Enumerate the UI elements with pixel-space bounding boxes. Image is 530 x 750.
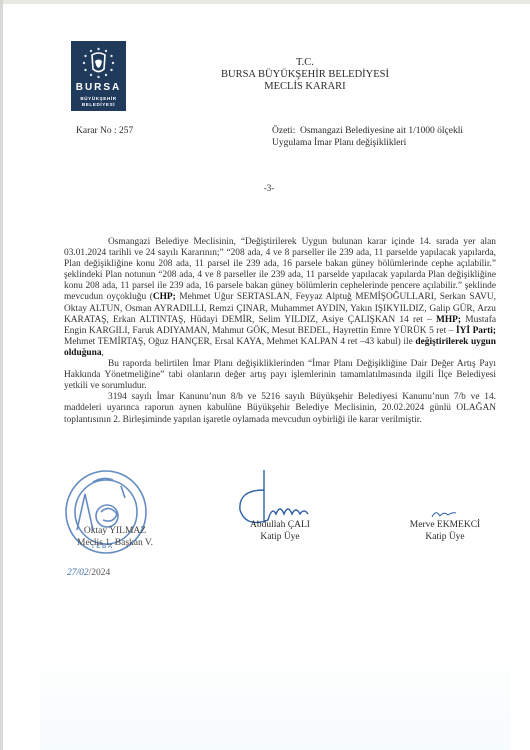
paragraph-responsibility: Bu raporda belirtilen İmar Planı değişik… <box>64 359 496 392</box>
paragraph-decision: Osmangazi Belediye Meclisinin, “Değiştir… <box>64 237 496 359</box>
decision-body: Osmangazi Belediye Meclisinin, “Değiştir… <box>64 237 496 426</box>
header-tc: T.C. <box>40 57 530 69</box>
header-document-type: MECLİS KARARI <box>40 81 530 93</box>
document-header: T.C. BURSA BÜYÜKŞEHİR BELEDİYESİ MECLİS … <box>0 57 530 93</box>
summary-line2: Uygulama İmar Planı değişiklikleri <box>272 137 512 149</box>
summary: Özeti: Osmangazi Belediyesine ait 1/1000… <box>272 125 512 149</box>
logo-text-belediyesi: BELEDİYESİ <box>71 102 126 107</box>
decision-number: Karar No : 257 <box>76 126 133 136</box>
party-iyi: İYİ Parti; <box>456 326 496 336</box>
signature-clerk-2: Merve EKMEKCİ Katip Üye <box>395 519 495 543</box>
signature-date: 27/02/2024 <box>67 568 110 578</box>
signature-clerk-1: Abdullah ÇALI Katip Üye <box>230 519 330 543</box>
handwritten-signature-icon <box>430 507 460 519</box>
signer-name: Abdullah ÇALI <box>230 519 330 531</box>
signer-title: Meclis 1. Başkan V. <box>60 537 170 549</box>
signer-name: Oktay YILMAZ <box>60 525 170 537</box>
party-mhp: MHP; <box>436 315 461 325</box>
signer-name: Merve EKMEKCİ <box>395 519 495 531</box>
header-institution: BURSA BÜYÜKŞEHİR BELEDİYESİ <box>40 69 530 81</box>
summary-label: Özeti: <box>272 126 295 136</box>
logo-text-buyuksehir: BÜYÜKŞEHİR <box>71 96 126 101</box>
paragraph-legal-basis: 3194 sayılı İmar Kanunu’nun 8/b ve 5216 … <box>64 392 496 425</box>
date-printed: /2024 <box>89 568 111 578</box>
signer-title: Katip Üye <box>395 531 495 543</box>
paragraph-text: , <box>102 348 104 358</box>
page-top-edge <box>0 0 530 4</box>
summary-line1: Osmangazi Belediyesine ait 1/1000 ölçekl… <box>300 126 463 136</box>
party-chp: CHP; <box>153 292 176 302</box>
signature-council-president: Oktay YILMAZ Meclis 1. Başkan V. <box>60 525 170 549</box>
paragraph-text: Mehmet TEMİRTAŞ, Oğuz HANÇER, Ersal KAYA… <box>64 337 415 347</box>
date-handwritten: 27/02 <box>67 568 89 578</box>
page-number: -3- <box>0 183 530 193</box>
signer-title: Katip Üye <box>230 531 330 543</box>
faint-watermark <box>40 640 510 750</box>
page-left-edge <box>0 0 3 750</box>
